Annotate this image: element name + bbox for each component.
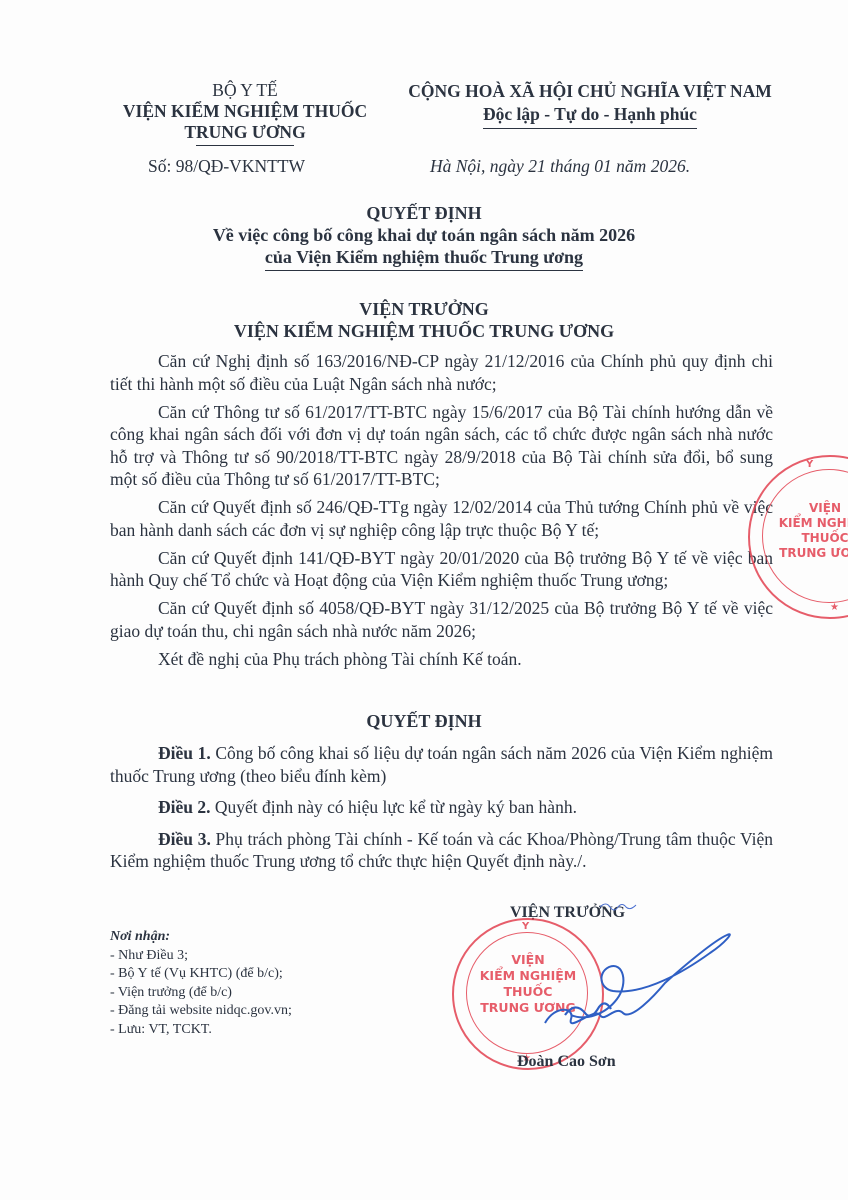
document-type: QUYẾT ĐỊNH	[0, 202, 848, 224]
authority-title: VIỆN TRƯỞNG	[0, 298, 848, 320]
preamble-clause: Căn cứ Nghị định số 163/2016/NĐ-CP ngày …	[110, 350, 773, 395]
preamble-clause: Căn cứ Quyết định số 246/QĐ-TTg ngày 12/…	[110, 496, 773, 541]
handwritten-signature-icon	[505, 895, 765, 1045]
document-title-block: QUYẾT ĐỊNH Về việc công bố công khai dự …	[0, 202, 848, 271]
article-text: Quyết định này có hiệu lực kể từ ngày ký…	[211, 797, 577, 817]
seal-line: KIỂM NGHIỆM	[750, 516, 848, 531]
seal-line: TRUNG ƯƠNG	[750, 546, 848, 561]
recipient-item: - Lưu: VT, TCKT.	[110, 1021, 292, 1040]
recipients-block: Nơi nhận: - Như Điều 3; - Bộ Y tế (Vụ KH…	[110, 928, 292, 1039]
recipient-item: - Đăng tải website nidqc.gov.vn;	[110, 1002, 292, 1021]
article-label: Điều 3.	[158, 829, 211, 849]
recipient-item: - Bộ Y tế (Vụ KHTC) (để b/c);	[110, 965, 292, 984]
document-number: Số: 98/QĐ-VKNTTW	[148, 156, 305, 177]
national-header-block: CỘNG HOÀ XÃ HỘI CHỦ NGHĨA VIỆT NAM Độc l…	[380, 80, 800, 129]
seal-line: VIỆN	[750, 501, 848, 516]
recipient-item: - Như Điều 3;	[110, 947, 292, 966]
preamble: Căn cứ Nghị định số 163/2016/NĐ-CP ngày …	[110, 350, 773, 676]
article-3: Điều 3. Phụ trách phòng Tài chính - Kế t…	[110, 828, 773, 873]
seal-mark-icon: Y	[806, 459, 813, 470]
agency-name-line2: TRUNG ƯƠNG	[184, 122, 305, 143]
national-motto: Độc lập - Tự do - Hạnh phúc	[483, 103, 697, 129]
article-label: Điều 2.	[158, 797, 211, 817]
preamble-clause: Xét đề nghị của Phụ trách phòng Tài chín…	[110, 648, 773, 671]
article-label: Điều 1.	[158, 743, 211, 763]
document-date: Hà Nội, ngày 21 tháng 01 năm 2026.	[430, 156, 690, 177]
articles: Điều 1. Công bố công khai số liệu dự toá…	[110, 742, 773, 882]
preamble-clause: Căn cứ Thông tư số 61/2017/TT-BTC ngày 1…	[110, 401, 773, 491]
signatory-name: Đoàn Cao Sơn	[517, 1053, 616, 1071]
seal-text: VIỆN KIỂM NGHIỆM THUỐC TRUNG ƯƠNG	[750, 501, 848, 561]
recipient-item: - Viện trưởng (để b/c)	[110, 984, 292, 1003]
document-subject-line1: Về việc công bố công khai dự toán ngân s…	[0, 224, 848, 246]
decision-heading: QUYẾT ĐỊNH	[0, 711, 848, 732]
preamble-clause: Căn cứ Quyết định số 4058/QĐ-BYT ngày 31…	[110, 597, 773, 642]
agency-name-line1: VIỆN KIỂM NGHIỆM THUỐC	[100, 101, 390, 122]
seal-line: THUỐC	[750, 531, 848, 546]
country-name: CỘNG HOÀ XÃ HỘI CHỦ NGHĨA VIỆT NAM	[380, 80, 800, 103]
issuing-authority: VIỆN TRƯỞNG VIỆN KIỂM NGHIỆM THUỐC TRUNG…	[0, 298, 848, 342]
article-1: Điều 1. Công bố công khai số liệu dự toá…	[110, 742, 773, 787]
authority-org: VIỆN KIỂM NGHIỆM THUỐC TRUNG ƯƠNG	[0, 320, 848, 342]
article-2: Điều 2. Quyết định này có hiệu lực kể từ…	[110, 796, 773, 819]
document-subject-line2: của Viện Kiểm nghiệm thuốc Trung ương	[265, 246, 583, 271]
ministry-name: BỘ Y TẾ	[100, 80, 390, 101]
star-icon: ★	[830, 602, 839, 613]
preamble-clause: Căn cứ Quyết định 141/QĐ-BYT ngày 20/01/…	[110, 547, 773, 592]
recipients-heading: Nơi nhận:	[110, 928, 292, 947]
issuing-agency-block: BỘ Y TẾ VIỆN KIỂM NGHIỆM THUỐC TRUNG ƯƠN…	[100, 80, 390, 143]
